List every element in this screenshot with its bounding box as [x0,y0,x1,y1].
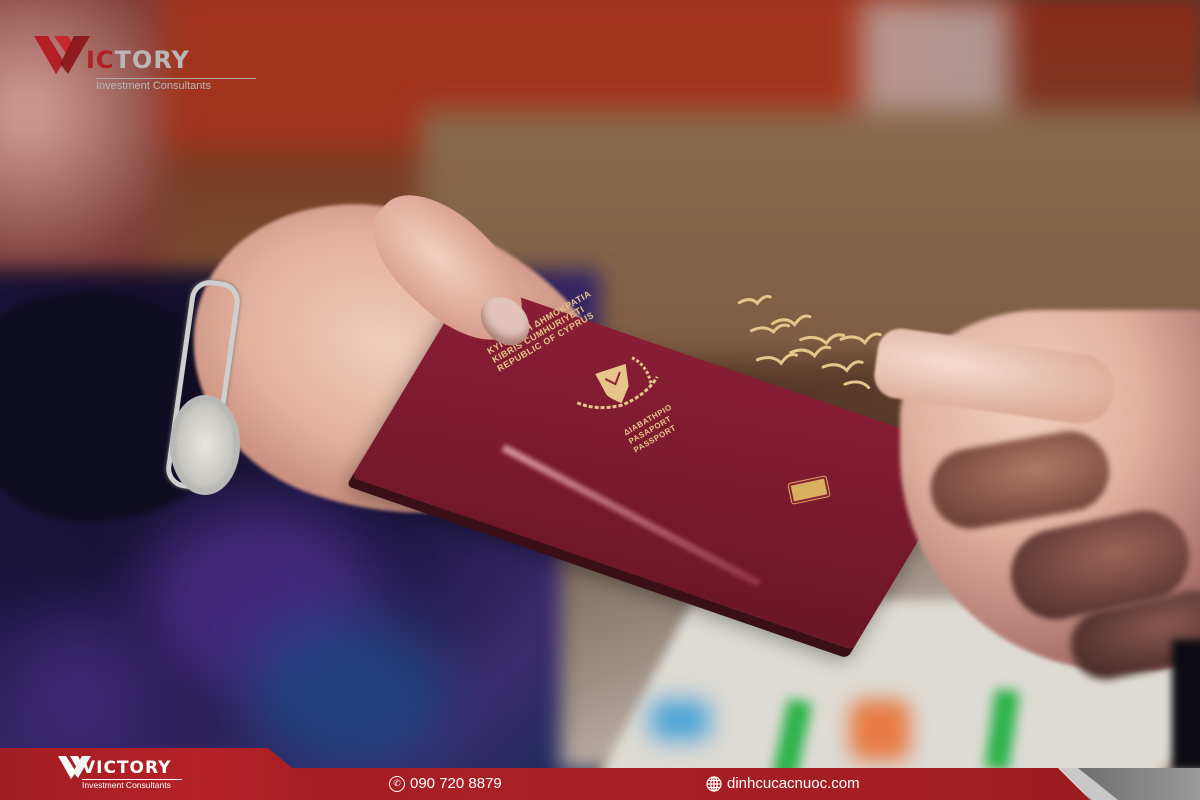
phone-icon: ✆ [389,776,405,792]
wordmark-rest: TORY [115,46,190,74]
background-photo: ΚΥΠΡΙΑΚΗ ΔΗΜΟΚΡΑΤΙΑ KIBRIS CUMHURIYETI R… [0,0,1200,800]
website-link[interactable]: dinhcucacnuoc.com [727,775,860,792]
wristwatch-face [170,395,240,495]
victory-logo-footer: VICTORY Investment Consultants [58,752,198,794]
globe-icon [706,776,722,792]
blurred-blue-mark [650,700,710,740]
footer-phone[interactable]: ✆ 090 720 8879 [389,775,502,792]
victory-wordmark: ICTORY [86,46,190,74]
logo-tagline: Investment Consultants [96,80,211,92]
footer-banner: VICTORY Investment Consultants ✆ 090 720… [0,740,1200,800]
victory-v-mark-icon [34,32,94,78]
footer-wordmark: VICTORY [82,758,171,778]
phone-number[interactable]: 090 720 8879 [410,775,502,792]
logo-divider [96,78,256,79]
footer-logo-tagline: Investment Consultants [82,780,171,790]
victory-logo-top: ICTORY Investment Consultants [34,32,234,92]
footer-website[interactable]: dinhcucacnuoc.com [706,775,860,792]
wordmark-accent: IC [86,46,115,74]
